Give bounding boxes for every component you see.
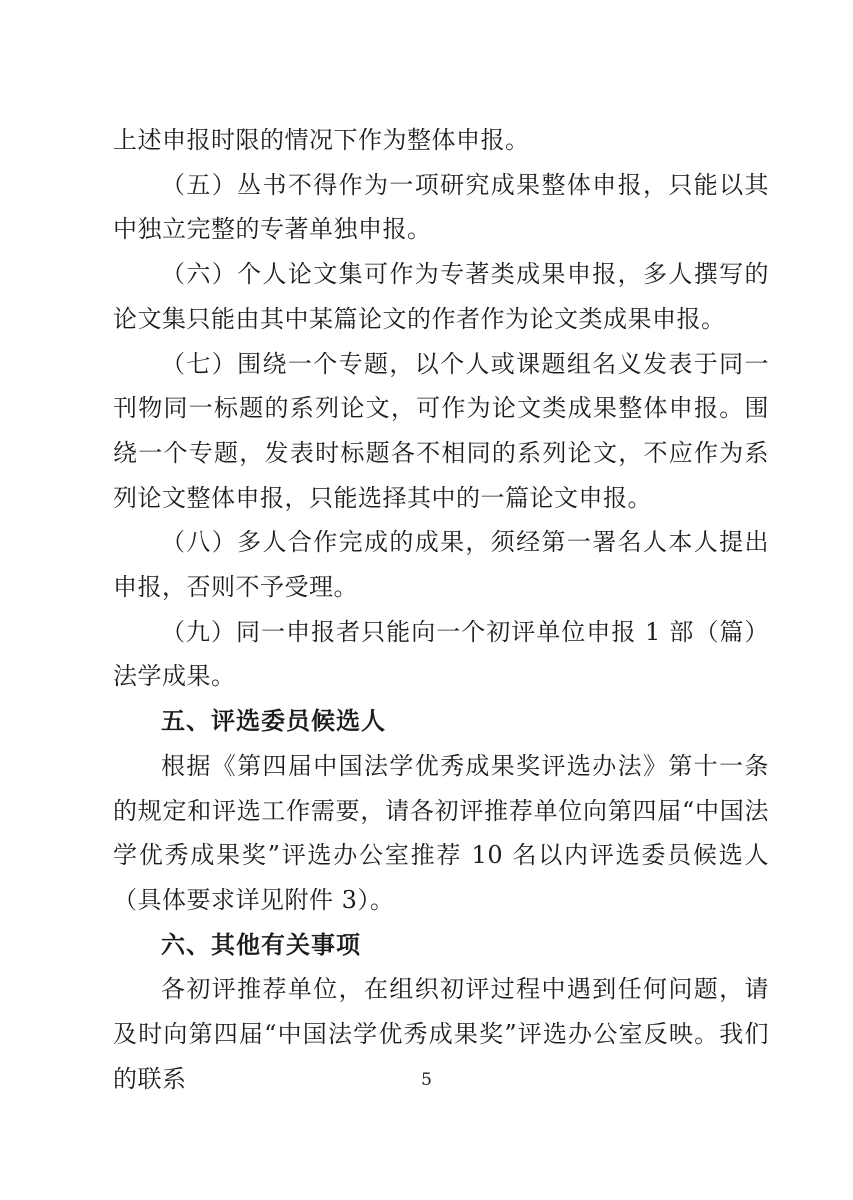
section-heading-5-candidates: 五、评选委员候选人 <box>113 699 769 744</box>
paragraph-item-9: （九）同一申报者只能向一个初评单位申报 1 部（篇）法学成果。 <box>113 610 769 699</box>
paragraph-item-6: （六）个人论文集可作为专著类成果申报，多人撰写的论文集只能由其中某篇论文的作者作… <box>113 252 769 341</box>
paragraph-continuation-top: 上述申报时限的情况下作为整体申报。 <box>113 118 769 163</box>
paragraph-item-5: （五）丛书不得作为一项研究成果整体申报，只能以其中独立完整的专著单独申报。 <box>113 163 769 252</box>
paragraph-item-8: （八）多人合作完成的成果，须经第一署名人本人提出申报，否则不予受理。 <box>113 520 769 609</box>
document-body: 上述申报时限的情况下作为整体申报。 （五）丛书不得作为一项研究成果整体申报，只能… <box>113 118 769 1101</box>
page-number: 5 <box>0 1068 853 1092</box>
paragraph-section-5-body: 根据《第四届中国法学优秀成果奖评选办法》第十一条的规定和评选工作需要，请各初评推… <box>113 744 769 923</box>
document-page: 上述申报时限的情况下作为整体申报。 （五）丛书不得作为一项研究成果整体申报，只能… <box>0 0 853 1200</box>
paragraph-item-7: （七）围绕一个专题，以个人或课题组名义发表于同一刊物同一标题的系列论文，可作为论… <box>113 342 769 521</box>
section-heading-6-other-matters: 六、其他有关事项 <box>113 923 769 968</box>
